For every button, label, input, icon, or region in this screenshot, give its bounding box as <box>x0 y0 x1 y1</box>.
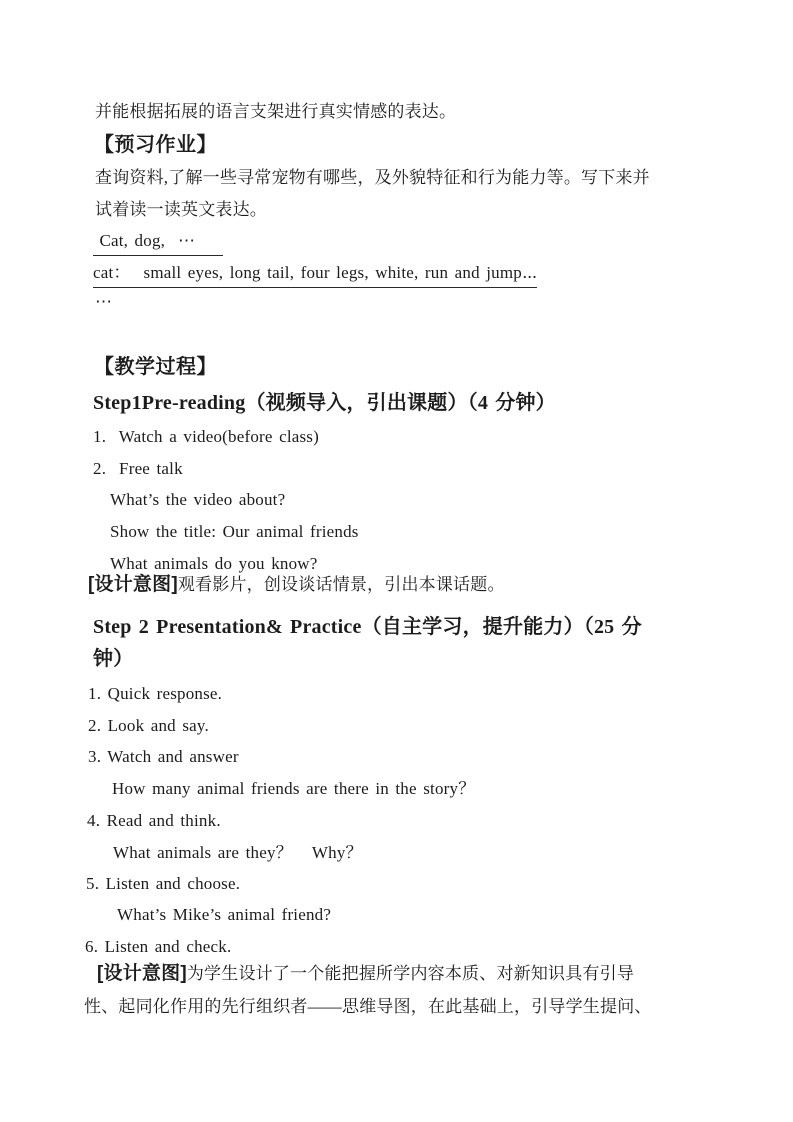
step2-heading-line1: Step 2 Presentation& Practice（自主学习，提升能力）… <box>93 614 642 640</box>
step1-item-2: 2. Free talk <box>93 458 183 480</box>
step2-sub-question-3: How many animal friends are there in the… <box>112 778 475 800</box>
step2-design-intent-line2: 性、起同化作用的先行组织者——思维导图，在此基础上，引导学生提问、 <box>84 996 652 1018</box>
preview-ellipsis-line: ⋯ <box>95 291 112 313</box>
design-intent-label-1: [设计意图] <box>88 574 178 595</box>
design-intent-text-2: 为学生设计了一个能把握所学内容本质、对新知识具有引导 <box>187 964 634 983</box>
underlined-answer-1: Cat, dog, ⋯ <box>93 230 223 256</box>
step2-item-1: 1. Quick response. <box>88 683 222 705</box>
step2-sub-question-4: What animals are they？ Why？ <box>113 842 363 864</box>
document-page: 并能根据拓展的语言支架进行真实情感的表达。 【预习作业】 查询资料,了解一些寻常… <box>0 0 793 1122</box>
step2-sub-question-5: What’s Mike’s animal friend? <box>117 904 331 926</box>
step1-sub-question-1: What’s the video about? <box>110 489 285 511</box>
preview-instruction-line2: 试着读一读英文表达。 <box>95 199 267 221</box>
step1-item-1: 1. Watch a video(before class) <box>93 426 319 448</box>
step2-item-3: 3. Watch and answer <box>88 746 239 768</box>
preview-answer-line2: cat： small eyes, long tail, four legs, w… <box>93 262 537 288</box>
design-intent-text-1: 观看影片，创设谈话情景，引出本课话题。 <box>178 575 505 594</box>
step1-sub-question-3: What animals do you know? <box>110 553 318 575</box>
step2-item-2: 2. Look and say. <box>88 715 209 737</box>
step2-heading-line2: 钟） <box>93 646 133 672</box>
preview-answer-line1: Cat, dog, ⋯ <box>93 230 223 256</box>
step1-heading: Step1Pre-reading（视频导入，引出课题）（4 分钟） <box>93 390 556 416</box>
step2-item-4: 4. Read and think. <box>87 810 221 832</box>
design-intent-label-2: [设计意图] <box>97 963 187 984</box>
preview-homework-heading: 【预习作业】 <box>94 131 217 159</box>
step2-item-5: 5. Listen and choose. <box>86 873 240 895</box>
step2-design-intent-line1: [设计意图]为学生设计了一个能把握所学内容本质、对新知识具有引导 <box>97 963 634 985</box>
step2-item-6: 6. Listen and check. <box>85 936 231 958</box>
preview-instruction-line1: 查询资料,了解一些寻常宠物有哪些，及外貌特征和行为能力等。写下来并 <box>95 167 650 189</box>
step1-design-intent-line: [设计意图]观看影片，创设谈话情景，引出本课话题。 <box>88 574 505 596</box>
teaching-process-heading: 【教学过程】 <box>94 353 217 381</box>
underlined-answer-2: cat： small eyes, long tail, four legs, w… <box>93 262 537 288</box>
intro-line: 并能根据拓展的语言支架进行真实情感的表达。 <box>95 101 456 123</box>
step1-sub-line-2: Show the title: Our animal friends <box>110 521 359 543</box>
